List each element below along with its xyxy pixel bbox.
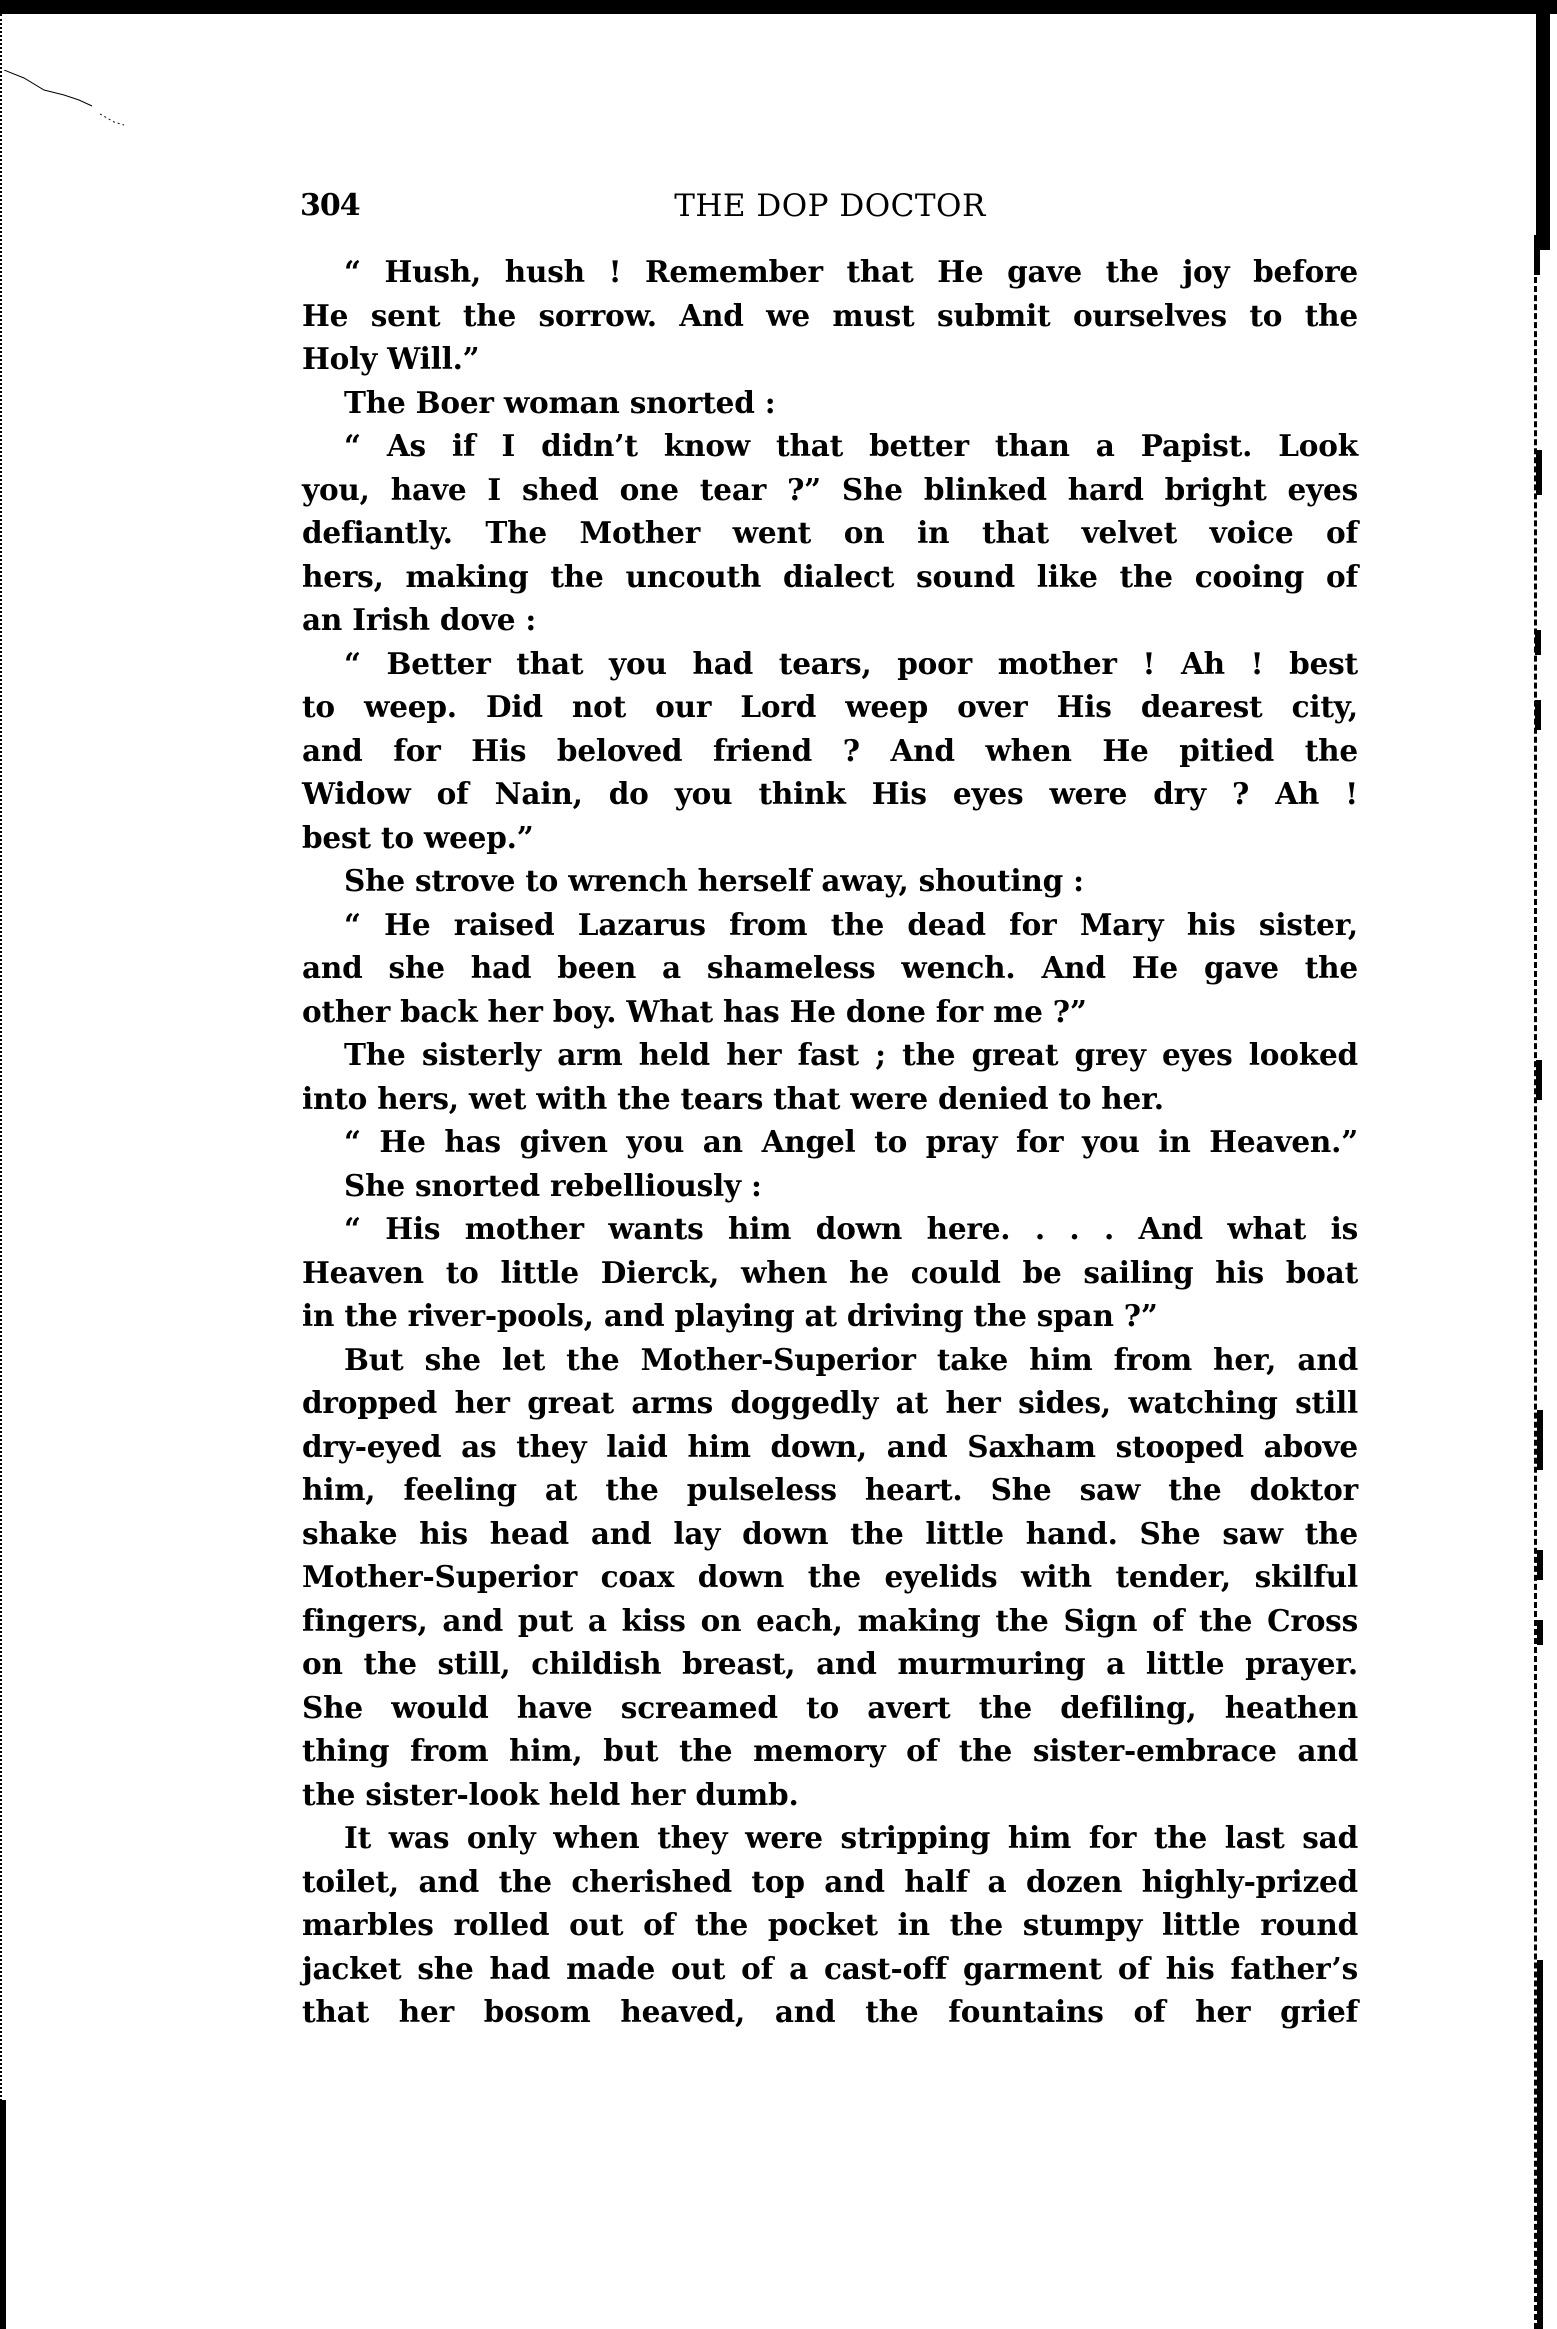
- book-spine-edge: [1534, 0, 1557, 2329]
- text-line: She snorted rebelliously :: [302, 1164, 1358, 1208]
- text-line: marbles rolled out of the pocket in the …: [302, 1903, 1358, 1947]
- text-line: hers, making the uncouth dialect sound l…: [302, 555, 1358, 599]
- running-title: THE DOP DOCTOR: [300, 186, 1360, 226]
- text-line: to weep. Did not our Lord weep over His …: [302, 685, 1358, 729]
- text-line: “ Better that you had tears, poor mother…: [302, 642, 1358, 686]
- scan-top-border: [0, 0, 1557, 14]
- text-line: and for His beloved friend ? And when He…: [302, 729, 1358, 773]
- text-line: in the river-pools, and playing at drivi…: [302, 1294, 1358, 1338]
- text-line: best to weep.”: [302, 816, 1358, 860]
- text-line: the sister-look held her dumb.: [302, 1773, 1358, 1817]
- text-line: other back her boy. What has He done for…: [302, 990, 1358, 1034]
- scan-left-edge-shadow: [0, 2100, 6, 2329]
- text-line: him, feeling at the pulseless heart. She…: [302, 1468, 1358, 1512]
- text-line: Widow of Nain, do you think His eyes wer…: [302, 772, 1358, 816]
- text-line: The Boer woman snorted :: [302, 381, 1358, 425]
- page-curl-mark: [4, 70, 214, 130]
- text-line: “ His mother wants him down here. . . . …: [302, 1207, 1358, 1251]
- text-line: But she let the Mother-Superior take him…: [302, 1338, 1358, 1382]
- text-line: She would have screamed to avert the def…: [302, 1686, 1358, 1730]
- text-line: jacket she had made out of a cast-off ga…: [302, 1947, 1358, 1991]
- text-line: Heaven to little Dierck, when he could b…: [302, 1251, 1358, 1295]
- text-line: defiantly. The Mother went on in that ve…: [302, 511, 1358, 555]
- text-line: you, have I shed one tear ?” She blinked…: [302, 468, 1358, 512]
- text-line: It was only when they were stripping him…: [302, 1816, 1358, 1860]
- text-line: He sent the sorrow. And we must submit o…: [302, 294, 1358, 338]
- body-text: “ Hush, hush ! Remember that He gave the…: [302, 250, 1358, 2034]
- text-line: that her bosom heaved, and the fountains…: [302, 1990, 1358, 2034]
- text-line: She strove to wrench herself away, shout…: [302, 859, 1358, 903]
- text-line: “ He raised Lazarus from the dead for Ma…: [302, 903, 1358, 947]
- text-line: on the still, childish breast, and murmu…: [302, 1642, 1358, 1686]
- text-line: into hers, wet with the tears that were …: [302, 1077, 1358, 1121]
- text-line: shake his head and lay down the little h…: [302, 1512, 1358, 1556]
- text-line: “ He has given you an Angel to pray for …: [302, 1120, 1358, 1164]
- text-line: and she had been a shameless wench. And …: [302, 946, 1358, 990]
- text-line: dry-eyed as they laid him down, and Saxh…: [302, 1425, 1358, 1469]
- running-head: 304 THE DOP DOCTOR: [300, 186, 1360, 226]
- text-line: an Irish dove :: [302, 598, 1358, 642]
- text-line: “ Hush, hush ! Remember that He gave the…: [302, 250, 1358, 294]
- text-line: Mother-Superior coax down the eyelids wi…: [302, 1555, 1358, 1599]
- text-line: “ As if I didn’t know that better than a…: [302, 424, 1358, 468]
- text-line: fingers, and put a kiss on each, making …: [302, 1599, 1358, 1643]
- text-line: dropped her great arms doggedly at her s…: [302, 1381, 1358, 1425]
- text-line: thing from him, but the memory of the si…: [302, 1729, 1358, 1773]
- text-line: Holy Will.”: [302, 337, 1358, 381]
- text-line: The sisterly arm held her fast ; the gre…: [302, 1033, 1358, 1077]
- scan-left-edge: [0, 14, 6, 2329]
- text-line: toilet, and the cherished top and half a…: [302, 1860, 1358, 1904]
